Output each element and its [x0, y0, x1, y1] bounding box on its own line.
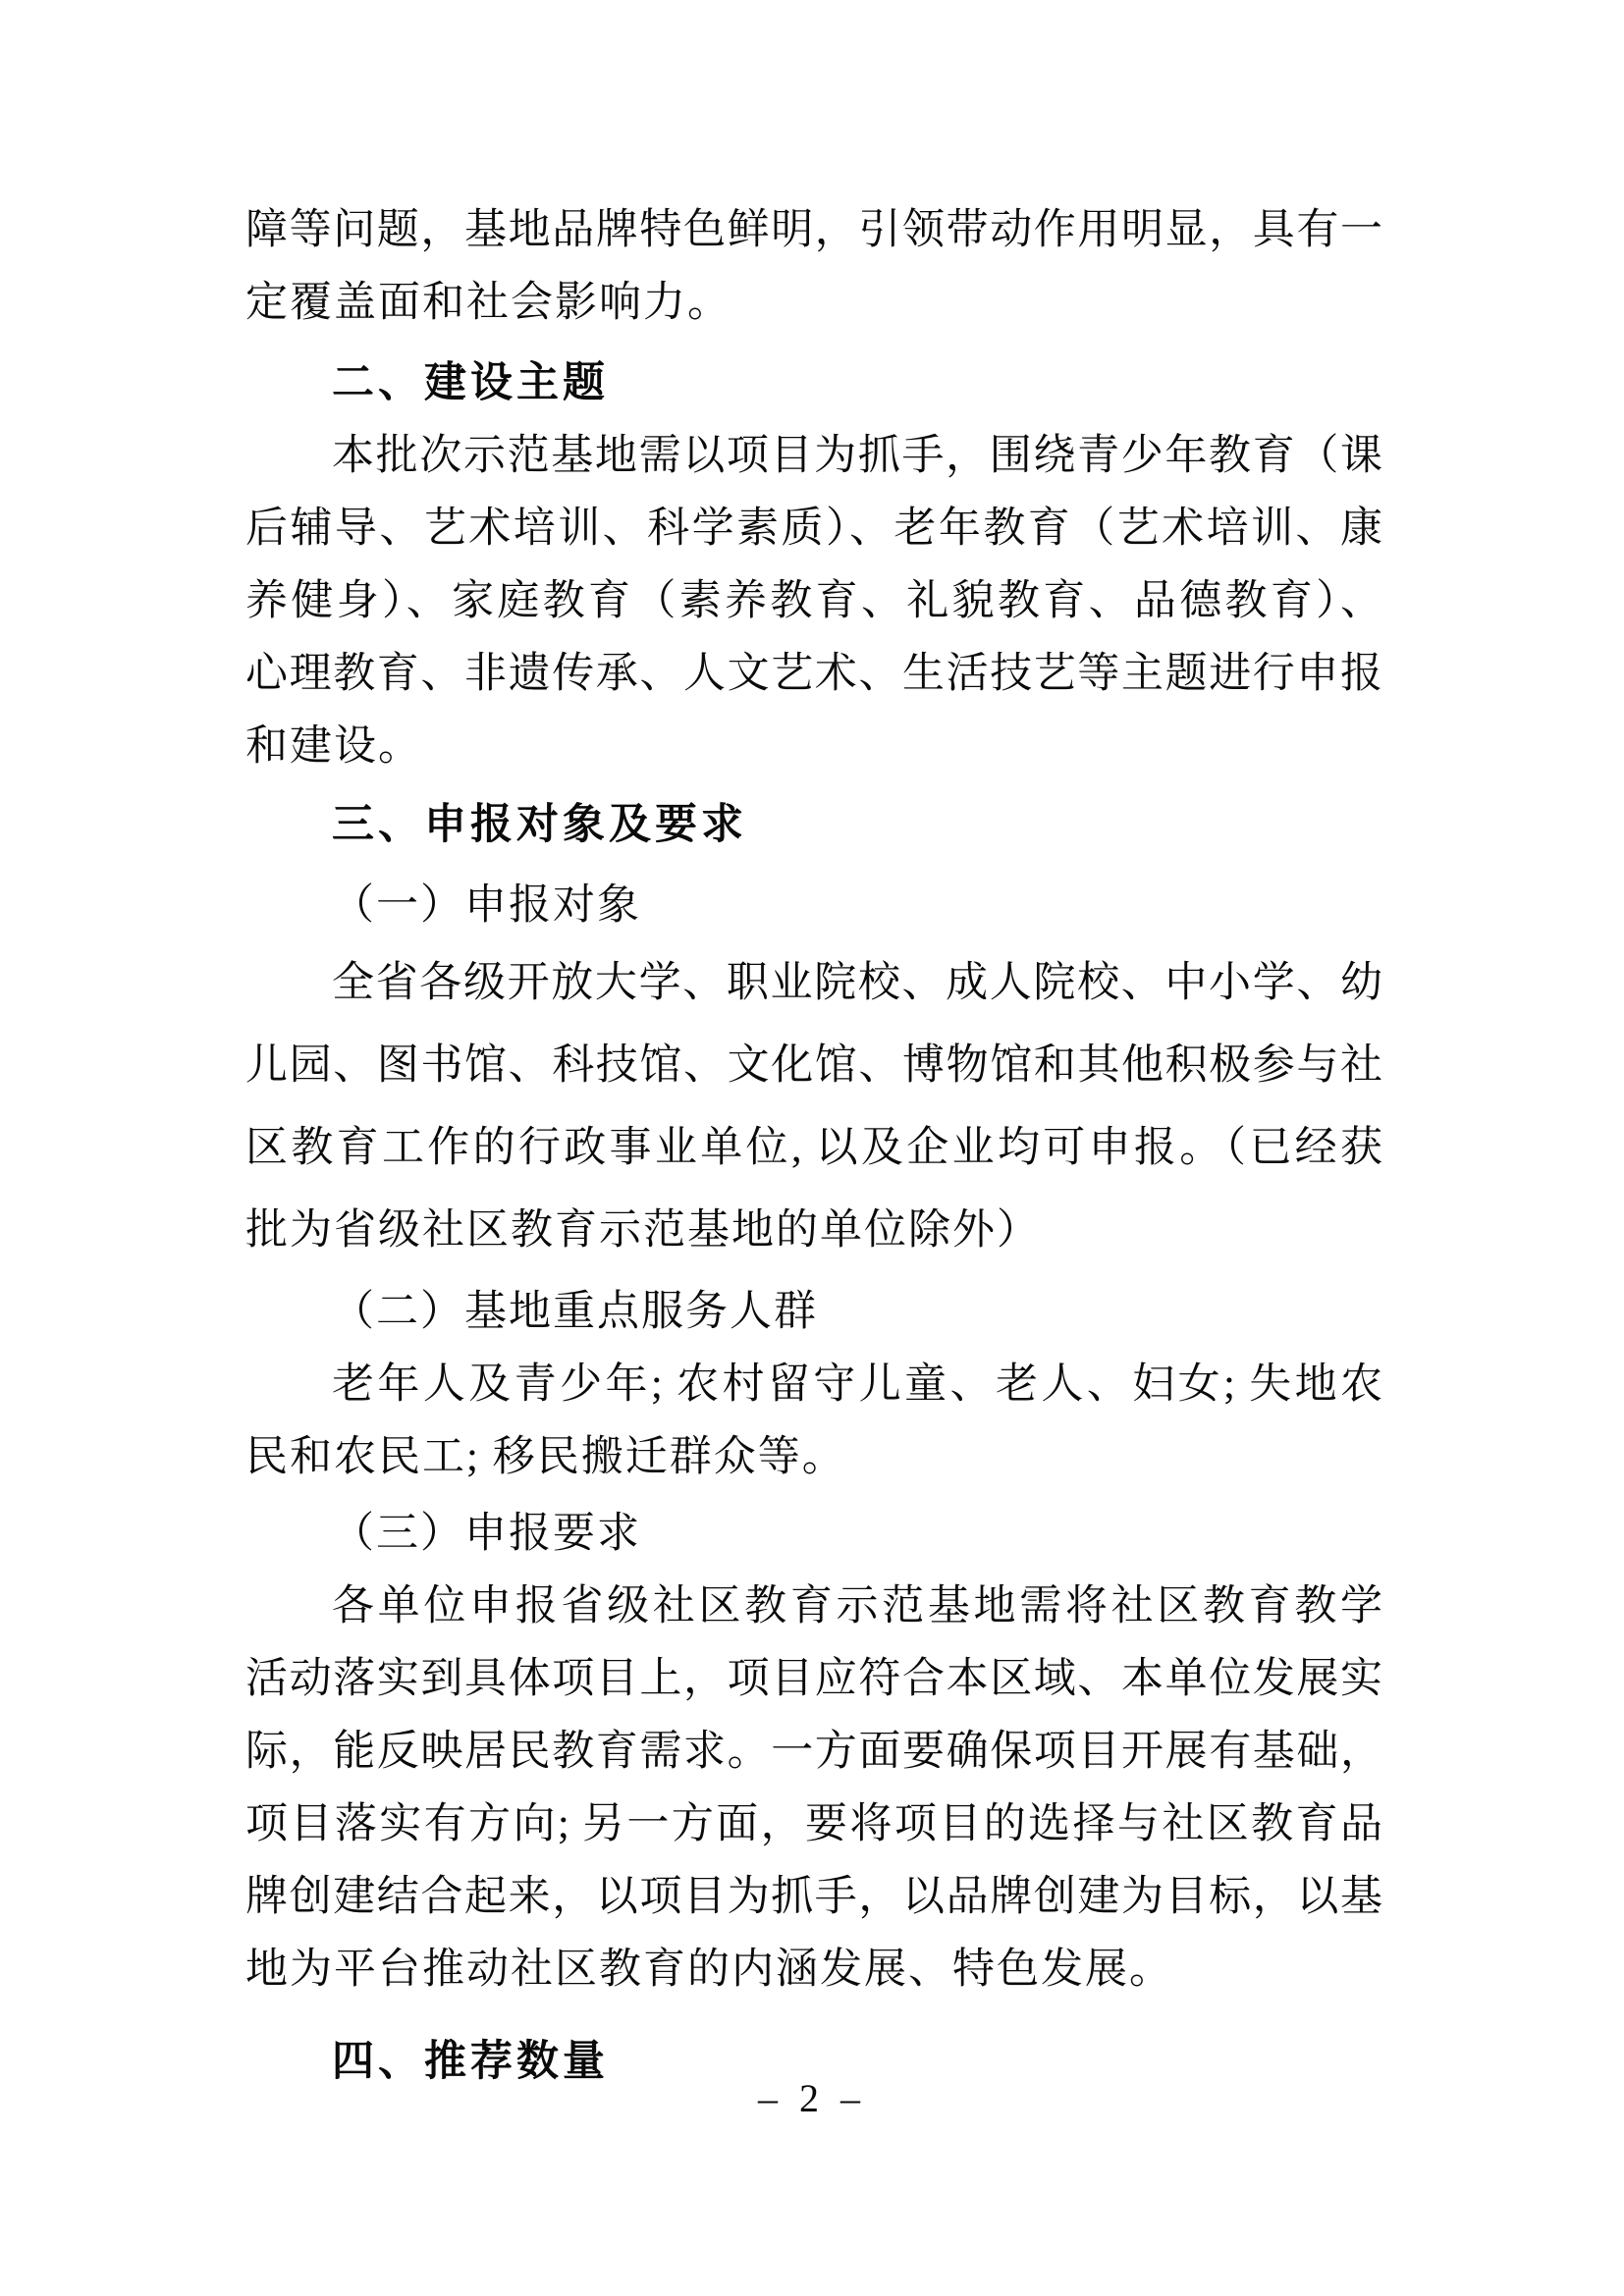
text-line: 儿园、图书馆、科技馆、文化馆、博物馆和其他积极参与社: [245, 1025, 1382, 1107]
section-heading: 三、申报对象及要求: [245, 789, 1382, 862]
text-line: 牌创建结合起来，以项目为抓手，以品牌创建为目标，以基: [245, 1861, 1382, 1934]
subsection-heading: （二）基地重点服务人群: [245, 1276, 1382, 1349]
subsection-heading: （三）申报要求: [245, 1498, 1382, 1571]
text-line: 障等问题，基地品牌特色鲜明，引领带动作用明显，具有一: [245, 194, 1382, 267]
text-line: 本批次示范基地需以项目为抓手，围绕青少年教育（课: [245, 420, 1382, 493]
text-line: 和建设。: [245, 711, 1382, 783]
document-page: 障等问题，基地品牌特色鲜明，引领带动作用明显，具有一定覆盖面和社会影响力。二、建…: [0, 0, 1624, 2296]
text-line: 地为平台推动社区教育的内涵发展、特色发展。: [245, 1934, 1382, 2006]
text-line: 批为省级社区教育示范基地的单位除外）: [245, 1190, 1382, 1272]
text-line: 项目落实有方向; 另一方面，要将项目的选择与社区教育品: [245, 1789, 1382, 1861]
text-line: 际，能反映居民教育需求。一方面要确保项目开展有基础，: [245, 1716, 1382, 1789]
text-line: 后辅导、艺术培训、科学素质）、老年教育（艺术培训、康: [245, 493, 1382, 565]
text-line: 全省各级开放大学、职业院校、成人院校、中小学、幼: [245, 942, 1382, 1025]
text-line: 民和农民工; 移民搬迁群众等。: [245, 1421, 1382, 1494]
text-line: 老年人及青少年; 农村留守儿童、老人、妇女; 失地农: [245, 1349, 1382, 1421]
section-heading: 二、建设主题: [245, 347, 1382, 420]
text-line: 各单位申报省级社区教育示范基地需将社区教育教学: [245, 1571, 1382, 1643]
text-line: 区教育工作的行政事业单位, 以及企业均可申报。（已经获: [245, 1107, 1382, 1190]
page-number: – 2 –: [0, 2075, 1624, 2122]
subsection-heading: （一）申报对象: [245, 870, 1382, 942]
text-line: 养健身）、家庭教育（素养教育、礼貌教育、品德教育）、: [245, 565, 1382, 638]
text-line: 定覆盖面和社会影响力。: [245, 267, 1382, 340]
document-body: 障等问题，基地品牌特色鲜明，引领带动作用明显，具有一定覆盖面和社会影响力。二、建…: [245, 194, 1382, 2099]
text-line: 心理教育、非遗传承、人文艺术、生活技艺等主题进行申报: [245, 638, 1382, 711]
text-line: 活动落实到具体项目上，项目应符合本区域、本单位发展实: [245, 1643, 1382, 1716]
